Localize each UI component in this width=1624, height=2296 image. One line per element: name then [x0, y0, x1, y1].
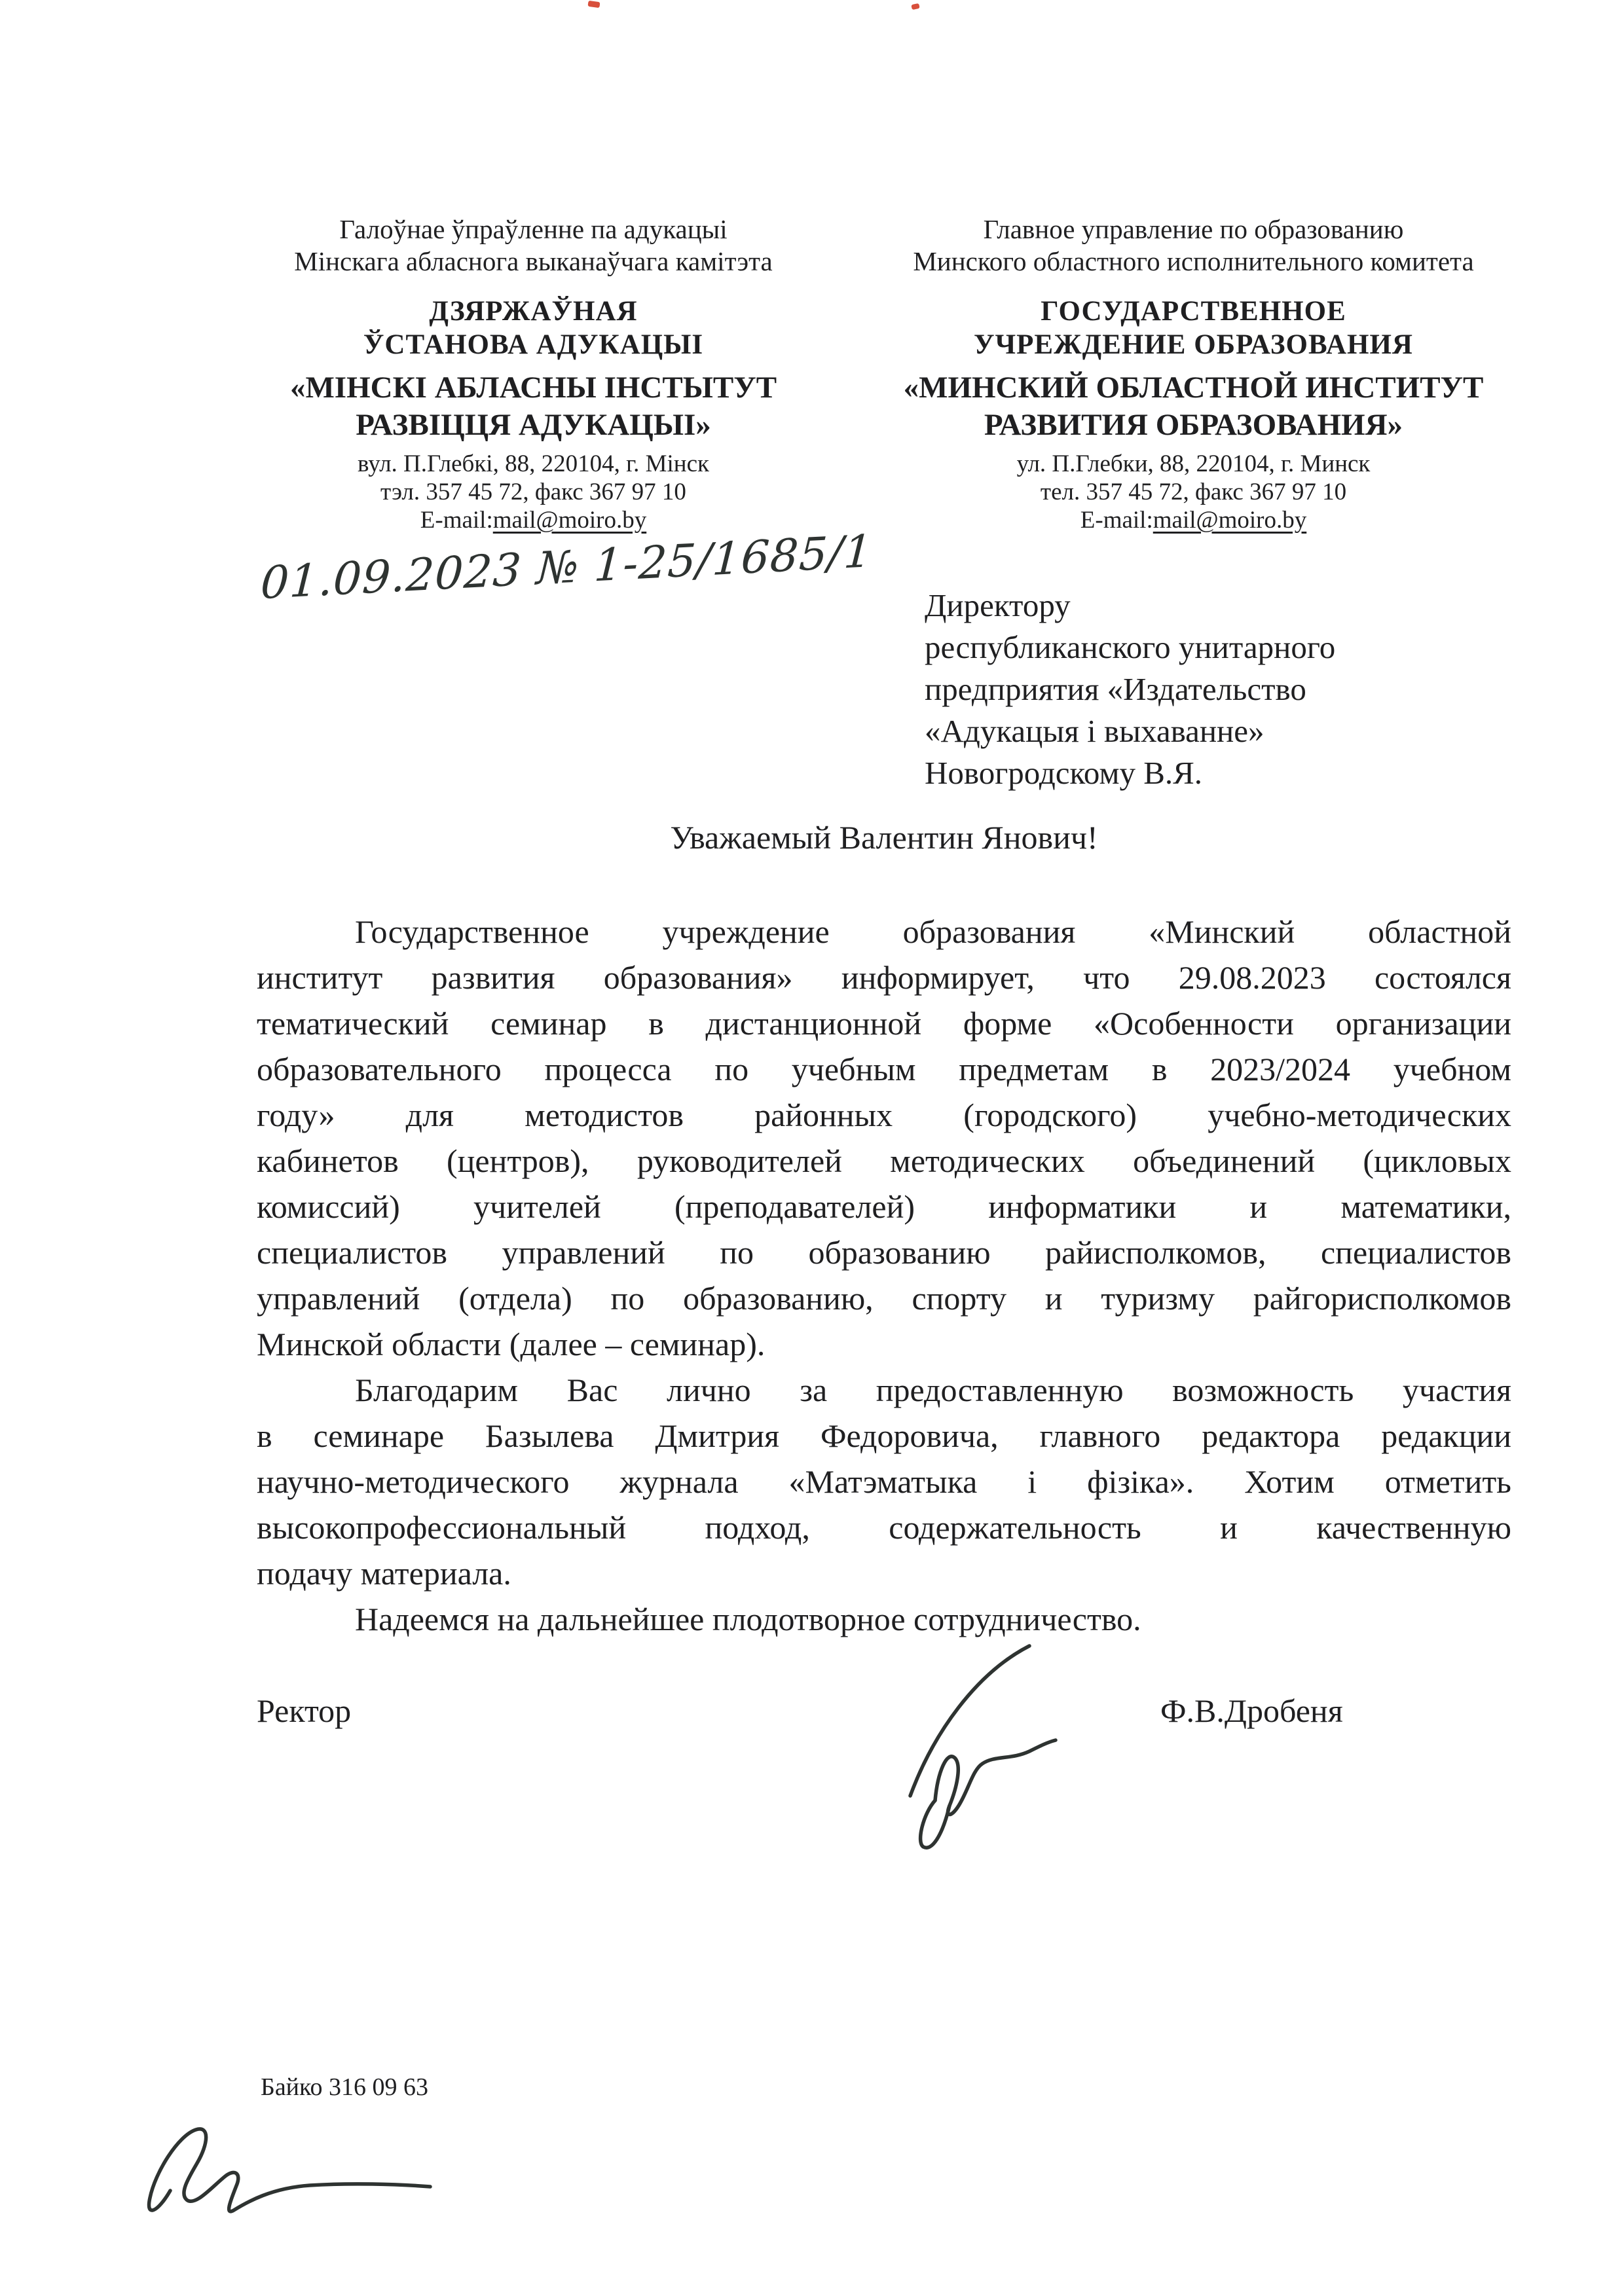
body-line: году» для методистов районных (городског… [257, 1092, 1511, 1138]
org-name-line: «МИНСКИЙ ОБЛАСТНОЙ ИНСТИТУТ [864, 369, 1522, 407]
phone-line: тэл. 357 45 72, факс 367 97 10 [204, 478, 862, 506]
body-line: управлений (отдела) по образованию, спор… [257, 1275, 1511, 1321]
org-type-line: ГОСУДАРСТВЕННОЕ [864, 295, 1522, 328]
body-line: комиссий) учителей (преподавателей) инфо… [257, 1184, 1511, 1230]
addressee-line: Директору [925, 585, 1335, 627]
body-line: научно-методического журнала «Матэматыка… [257, 1459, 1511, 1504]
letterhead-right: Главное управление по образованию Минско… [864, 213, 1522, 534]
scan-artifact [587, 1, 600, 8]
address-line: вул. П.Глебкі, 88, 220104, г. Мінск [204, 450, 862, 478]
authority-block-ru: Главное управление по образованию Минско… [864, 213, 1522, 278]
addressee-line: Новогродскому В.Я. [925, 752, 1335, 794]
scanned-letter-page: Галоўнае ўпраўленне па адукацыі Мінскага… [0, 0, 1624, 2296]
letterhead-left: Галоўнае ўпраўленне па адукацыі Мінскага… [204, 213, 862, 534]
org-name-block-ru: «МИНСКИЙ ОБЛАСТНОЙ ИНСТИТУТ РАЗВИТИЯ ОБР… [864, 369, 1522, 444]
org-type-block-by: ДЗЯРЖАЎНАЯ ЎСТАНОВА АДУКАЦЫІ [204, 295, 862, 361]
body-paragraph: Государственное учреждение образования «… [257, 909, 1511, 1367]
email-address: mail@moiro.by [493, 507, 646, 534]
authority-line: Минского областного исполнительного коми… [864, 246, 1522, 278]
org-name-line: РАЗВИТИЯ ОБРАЗОВАНИЯ» [864, 407, 1522, 444]
phone-line: тел. 357 45 72, факс 367 97 10 [864, 478, 1522, 506]
executor-note: Байко 316 09 63 [261, 2073, 428, 2102]
letter-body: Государственное учреждение образования «… [257, 909, 1511, 1642]
body-line: Минской области (далее – семинар). [257, 1321, 1511, 1367]
body-line: подачу материала. [257, 1550, 1511, 1596]
body-line: институт развития образования» информиру… [257, 955, 1511, 1000]
salutation: Уважаемый Валентин Янович! [257, 818, 1511, 856]
org-type-line: ДЗЯРЖАЎНАЯ [204, 295, 862, 328]
org-name-line: «МІНСКІ АБЛАСНЫ ІНСТЫТУТ [204, 369, 862, 407]
addressee-block: Директору республиканского унитарного пр… [925, 585, 1335, 794]
org-name-block-by: «МІНСКІ АБЛАСНЫ ІНСТЫТУТ РАЗВІЦЦЯ АДУКАЦ… [204, 369, 862, 444]
body-line: в семинаре Базылева Дмитрия Федоровича, … [257, 1413, 1511, 1459]
email-line: E-mail:mail@moiro.by [864, 506, 1522, 534]
body-line: Благодарим Вас лично за предоставленную … [257, 1367, 1511, 1413]
contact-block-by: вул. П.Глебкі, 88, 220104, г. Мінск тэл.… [204, 450, 862, 534]
body-paragraph: Благодарим Вас лично за предоставленную … [257, 1367, 1511, 1596]
contact-block-ru: ул. П.Глебки, 88, 220104, г. Минск тел. … [864, 450, 1522, 534]
authority-line: Мінскага абласнога выканаўчага камітэта [204, 246, 862, 278]
org-type-block-ru: ГОСУДАРСТВЕННОЕ УЧРЕЖДЕНИЕ ОБРАЗОВАНИЯ [864, 295, 1522, 361]
body-line: Государственное учреждение образования «… [257, 909, 1511, 955]
email-line: E-mail:mail@moiro.by [204, 506, 862, 534]
authority-line: Галоўнае ўпраўленне па адукацыі [204, 213, 862, 246]
addressee-line: предприятия «Издательство [925, 668, 1335, 710]
signature-position-title: Ректор [257, 1692, 351, 1730]
email-label: E-mail: [420, 507, 493, 534]
signature-name: Ф.В.Дробеня [1160, 1692, 1343, 1730]
authority-line: Главное управление по образованию [864, 213, 1522, 246]
org-type-line: УЧРЕЖДЕНИЕ ОБРАЗОВАНИЯ [864, 328, 1522, 361]
email-address: mail@moiro.by [1153, 507, 1306, 534]
executor-signature [134, 2113, 449, 2238]
rector-signature [871, 1635, 1100, 1858]
org-name-line: РАЗВІЦЦЯ АДУКАЦЫІ» [204, 407, 862, 444]
body-line: специалистов управлений по образованию р… [257, 1230, 1511, 1275]
body-line: кабинетов (центров), руководителей метод… [257, 1138, 1511, 1184]
addressee-line: «Адукацыя і выхаванне» [925, 710, 1335, 752]
body-line: тематический семинар в дистанционной фор… [257, 1000, 1511, 1046]
body-line: высокопрофессиональный подход, содержате… [257, 1504, 1511, 1550]
address-line: ул. П.Глебки, 88, 220104, г. Минск [864, 450, 1522, 478]
email-label: E-mail: [1080, 507, 1153, 534]
handwritten-reference: 01.09.2023 № 1-25/1685/1 [259, 526, 874, 610]
body-line: образовательного процесса по учебным пре… [257, 1046, 1511, 1092]
scan-artifact [911, 3, 919, 10]
authority-block-by: Галоўнае ўпраўленне па адукацыі Мінскага… [204, 213, 862, 278]
addressee-line: республиканского унитарного [925, 627, 1335, 668]
org-type-line: ЎСТАНОВА АДУКАЦЫІ [204, 328, 862, 361]
